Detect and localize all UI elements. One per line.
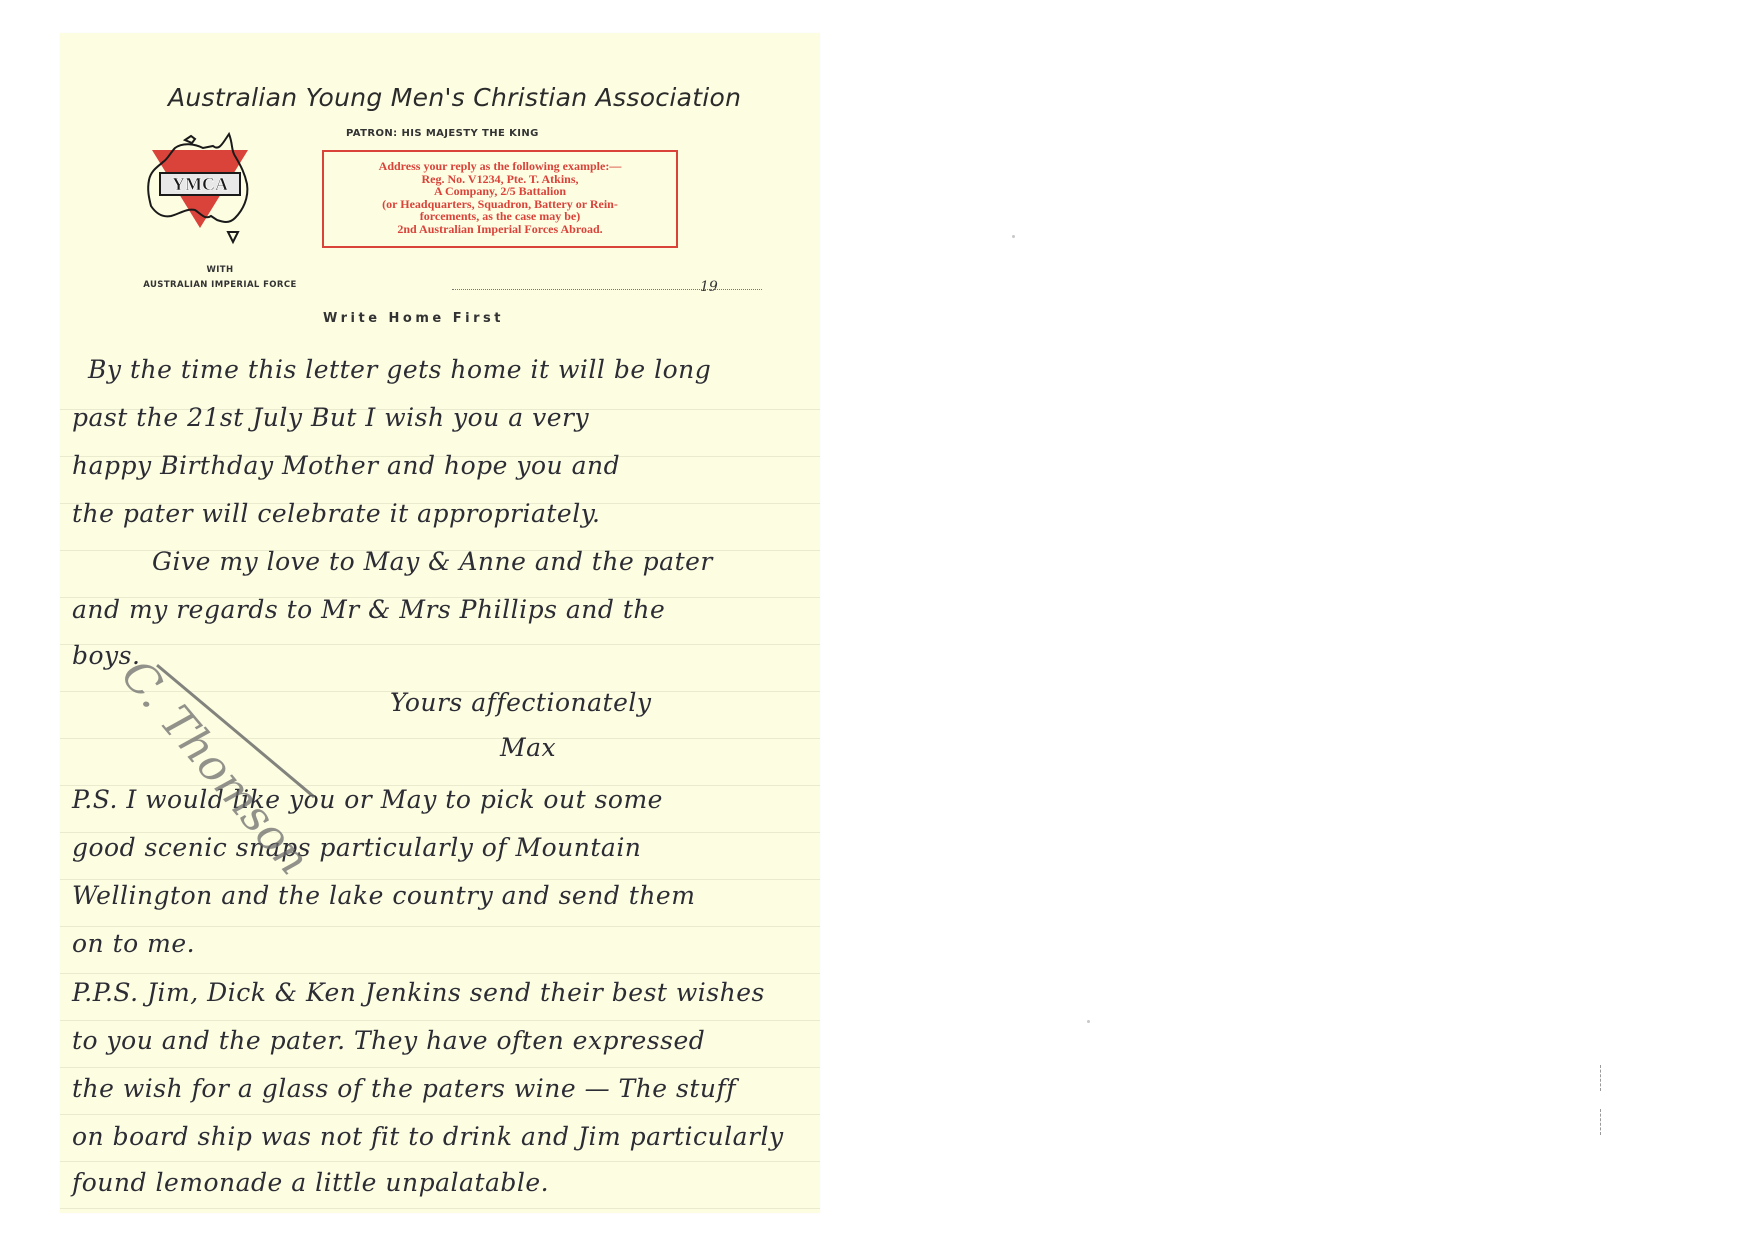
ps-line: on to me.: [72, 929, 195, 958]
pps-line: the wish for a glass of the paters wine …: [72, 1074, 736, 1103]
letter-page: Australian Young Men's Christian Associa…: [60, 33, 820, 1213]
ymca-australia-logo-icon: YMCA: [140, 128, 260, 248]
address-line: Address your reply as the following exam…: [324, 160, 676, 173]
scan-speck: [1012, 235, 1015, 238]
letter-line: and my regards to Mr & Mrs Phillips and …: [72, 595, 665, 624]
ps-line: Wellington and the lake country and send…: [72, 881, 695, 910]
address-line: 2nd Australian Imperial Forces Abroad.: [324, 223, 676, 236]
pps-line: P.P.S. Jim, Dick & Ken Jenkins send thei…: [72, 978, 765, 1007]
pps-line: on board ship was not fit to drink and J…: [72, 1122, 784, 1151]
svg-text:YMCA: YMCA: [172, 174, 228, 194]
scan-speck: [1087, 1020, 1090, 1023]
with-aif-caption: WITH AUSTRALIAN IMPERIAL FORCE: [120, 263, 320, 293]
scan-mark: [1600, 1065, 1604, 1091]
letter-line: Give my love to May & Anne and the pater: [152, 547, 713, 576]
with-line: WITH: [120, 263, 320, 278]
address-line: forcements, as the case may be): [324, 210, 676, 223]
address-instructions-box: Address your reply as the following exam…: [322, 150, 678, 248]
closing: Yours affectionately: [390, 688, 651, 717]
letter-line: happy Birthday Mother and hope you and: [72, 451, 620, 480]
date-year: 19: [700, 279, 718, 295]
letter-line: By the time this letter gets home it wil…: [88, 355, 711, 384]
aif-line: AUSTRALIAN IMPERIAL FORCE: [120, 278, 320, 293]
scan-edge-marks: [1600, 1065, 1606, 1153]
ps-line: P.S. I would like you or May to pick out…: [72, 785, 663, 814]
signature: Max: [500, 733, 556, 762]
association-title: Australian Young Men's Christian Associa…: [168, 83, 788, 112]
motto: Write Home First: [323, 311, 504, 326]
scan-mark: [1600, 1109, 1604, 1135]
letter-line: the pater will celebrate it appropriatel…: [72, 499, 600, 528]
pps-line: to you and the pater. They have often ex…: [72, 1026, 705, 1055]
address-line: A Company, 2/5 Battalion: [324, 185, 676, 198]
letter-line: past the 21st July But I wish you a very: [72, 403, 589, 432]
pps-line: found lemonade a little unpalatable.: [72, 1168, 549, 1197]
ps-line: good scenic snaps particularly of Mounta…: [72, 833, 641, 862]
patron-line: PATRON: HIS MAJESTY THE KING: [346, 128, 539, 139]
